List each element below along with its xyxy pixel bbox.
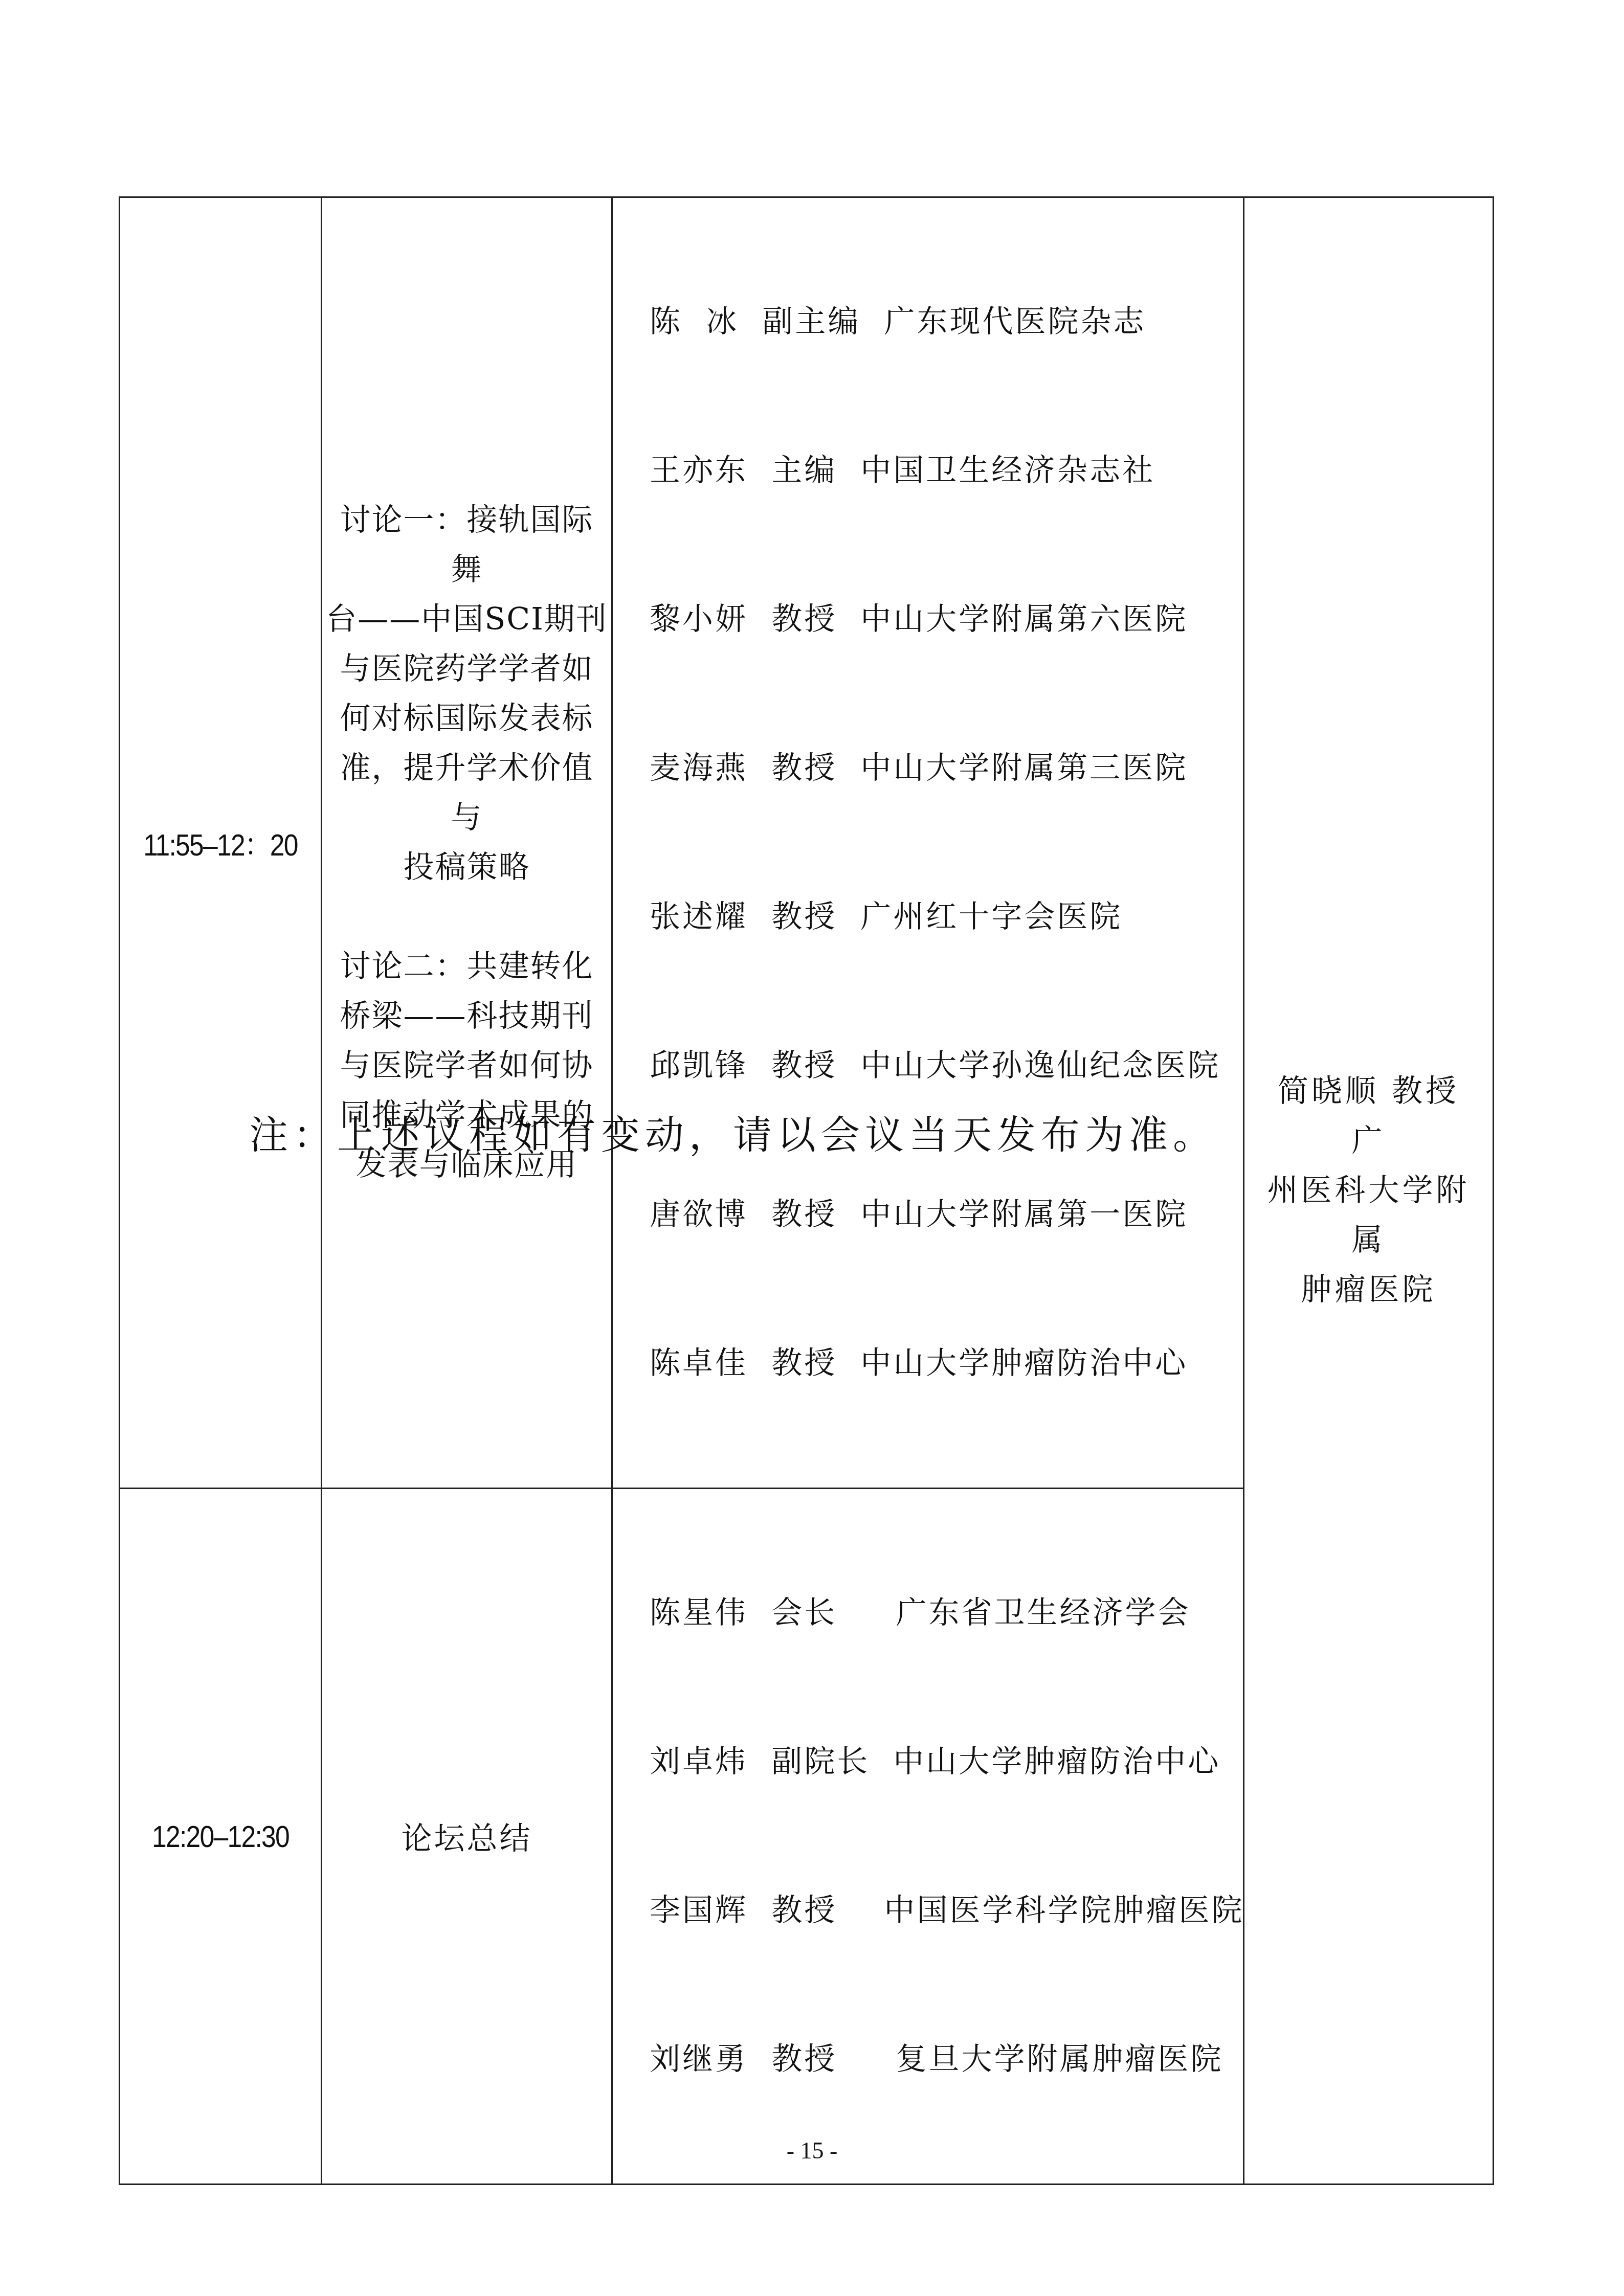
discussion-1-line: 投稿策略 xyxy=(322,843,611,892)
host-info: 简晓顺 教授 广 州医科大学附属 肿瘤医院 xyxy=(1244,1067,1493,1315)
speaker-entry: 刘继勇 教授 复旦大学附属肿瘤医院 xyxy=(650,2035,1243,2084)
speaker-entry: 陈 冰 副主编 广东现代医院杂志 xyxy=(650,297,1243,347)
speaker-entry: 唐欲博 教授 中山大学附属第一医院 xyxy=(650,1190,1243,1240)
agenda-footnote: 注：上述议程如有变动，请以会议当天发布为准。 xyxy=(249,1111,1217,1160)
document-page: 11:55–12：20 讨论一：接轨国际舞 台——中国SCI期刊 与医院药学学者… xyxy=(0,0,1624,2296)
speaker-list: 陈星伟 会长 广东省卫生经济学会 刘卓炜 副院长 中山大学肿瘤防治中心 李国辉 … xyxy=(613,1489,1243,2184)
speaker-entry: 黎小妍 教授 中山大学附属第六医院 xyxy=(650,595,1243,644)
speaker-entry: 邱凯锋 教授 中山大学孙逸仙纪念医院 xyxy=(650,1041,1243,1091)
time-slot: 12:20–12:30 xyxy=(134,1819,306,1854)
host-line: 州医科大学附属 xyxy=(1257,1166,1480,1265)
discussion-1-line: 讨论一：接轨国际舞 xyxy=(322,496,611,595)
speaker-list: 陈 冰 副主编 广东现代医院杂志 王亦东 主编 中国卫生经济杂志社 黎小妍 教授… xyxy=(613,198,1243,1488)
speaker-entry: 李国辉 教授 中国医学科学院肿瘤医院 xyxy=(650,1886,1243,1935)
speaker-entry: 刘卓炜 副院长 中山大学肿瘤防治中心 xyxy=(650,1737,1243,1787)
speaker-entry: 陈卓佳 教授 中山大学肿瘤防治中心 xyxy=(650,1339,1243,1388)
time-cell: 11:55–12：20 xyxy=(120,197,322,1489)
discussion-2-line: 讨论二：共建转化 xyxy=(322,942,611,992)
discussion-2-line: 与医院学者如何协 xyxy=(322,1041,611,1091)
host-cell: 简晓顺 教授 广 州医科大学附属 肿瘤医院 xyxy=(1244,197,1494,2185)
host-line: 肿瘤医院 xyxy=(1257,1265,1480,1315)
paragraph-gap xyxy=(322,892,611,942)
time-cell: 12:20–12:30 xyxy=(120,1489,322,2185)
time-slot: 11:55–12：20 xyxy=(134,821,306,865)
speaker-entry: 张述耀 教授 广州红十字会医院 xyxy=(650,892,1243,942)
agenda-row: 11:55–12：20 讨论一：接轨国际舞 台——中国SCI期刊 与医院药学学者… xyxy=(120,197,1494,1489)
speaker-entry: 王亦东 主编 中国卫生经济杂志社 xyxy=(650,446,1243,496)
topic-cell: 讨论一：接轨国际舞 台——中国SCI期刊 与医院药学学者如 何对标国际发表标 准… xyxy=(322,197,612,1489)
speakers-cell: 陈 冰 副主编 广东现代医院杂志 王亦东 主编 中国卫生经济杂志社 黎小妍 教授… xyxy=(612,197,1244,1489)
discussion-1-line: 准，提升学术价值与 xyxy=(322,744,611,843)
agenda-table: 11:55–12：20 讨论一：接轨国际舞 台——中国SCI期刊 与医院药学学者… xyxy=(119,196,1494,2185)
speaker-entry: 陈星伟 会长 广东省卫生经济学会 xyxy=(650,1588,1243,1638)
page-number: - 15 - xyxy=(0,2136,1624,2165)
host-line: 简晓顺 教授 广 xyxy=(1257,1067,1480,1166)
discussion-1-line: 台——中国SCI期刊 xyxy=(322,595,611,644)
session-title: 论坛总结 xyxy=(322,1814,611,1858)
speaker-entry: 麦海燕 教授 中山大学附属第三医院 xyxy=(650,744,1243,793)
topic-cell: 论坛总结 xyxy=(322,1489,612,2185)
discussion-2-line: 桥梁——科技期刊 xyxy=(322,992,611,1041)
discussion-1-line: 与医院药学学者如 xyxy=(322,644,611,694)
discussion-1-line: 何对标国际发表标 xyxy=(322,694,611,744)
speakers-cell: 陈星伟 会长 广东省卫生经济学会 刘卓炜 副院长 中山大学肿瘤防治中心 李国辉 … xyxy=(612,1489,1244,2185)
